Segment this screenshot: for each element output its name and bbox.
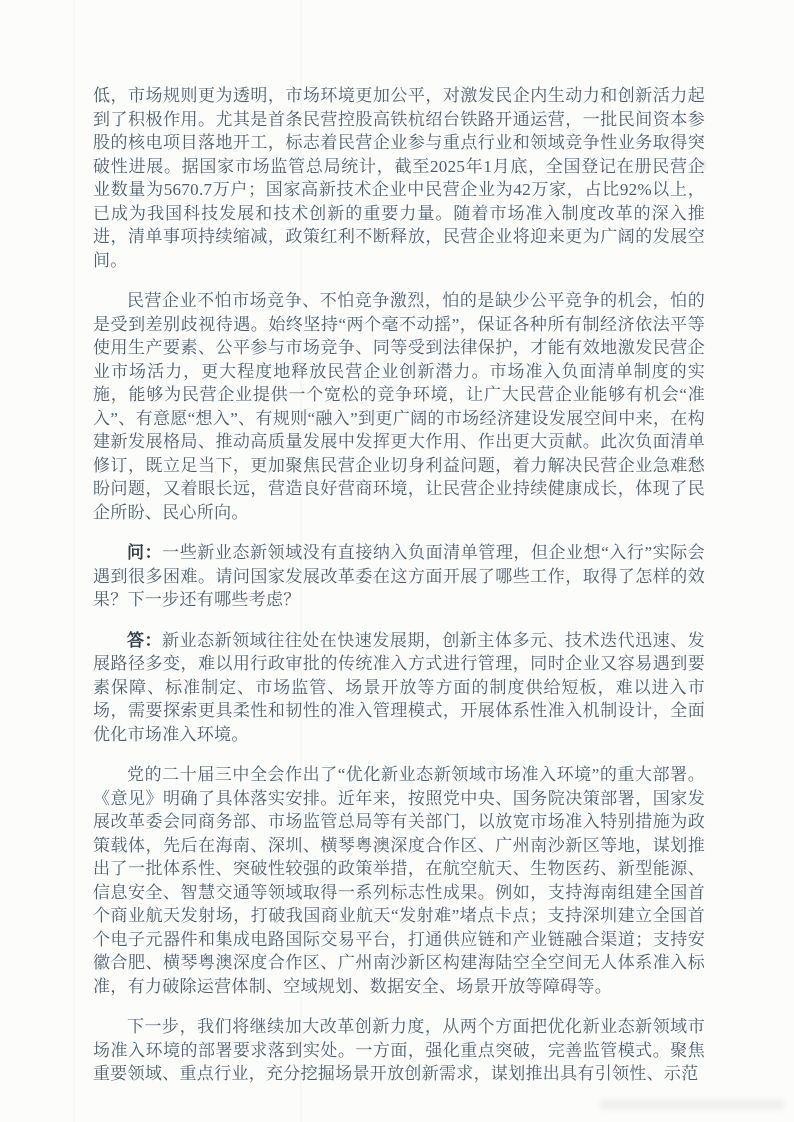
paragraph: 民营企业不怕市场竞争、不怕竞争激烈，怕的是缺少公平竞争的机会，怕的是受到差别歧视… bbox=[93, 289, 705, 524]
paragraph: 党的二十届三中全会作出了“优化新业态新领域市场准入环境”的重大部署。《意见》明确… bbox=[93, 763, 705, 998]
paragraph-text: 民营企业不怕市场竞争、不怕竞争激烈，怕的是缺少公平竞争的机会，怕的是受到差别歧视… bbox=[93, 291, 705, 522]
paragraph-continuation: 低，市场规则更为透明，市场环境更加公平，对激发民企内生动力和创新活力起到了积极作… bbox=[93, 84, 705, 272]
answer-paragraph: 答：新业态新领域往往处在快速发展期，创新主体多元、技术迭代迅速、发展路径多变，难… bbox=[93, 629, 705, 747]
document-text-column: 低，市场规则更为透明，市场环境更加公平，对激发民企内生动力和创新活力起到了积极作… bbox=[93, 84, 705, 1086]
question-paragraph: 问：一些新业态新领域没有直接纳入负面清单管理，但企业想“入行”实际会遇到很多困难… bbox=[93, 541, 705, 612]
paragraph-cutoff-at-page-bottom: 下一步，我们将继续加大改革创新力度，从两个方面把优化新业态新领域市场准入环境的部… bbox=[93, 1015, 705, 1086]
paragraph-text: 低，市场规则更为透明，市场环境更加公平，对激发民企内生动力和创新活力起到了积极作… bbox=[93, 86, 705, 270]
scanned-document-page: 低，市场规则更为透明，市场环境更加公平，对激发民企内生动力和创新活力起到了积极作… bbox=[0, 0, 794, 1122]
paragraph-text: 一些新业态新领域没有直接纳入负面清单管理，但企业想“入行”实际会遇到很多困难。请… bbox=[93, 543, 705, 609]
answer-label: 答： bbox=[127, 631, 162, 650]
paragraph-text: 下一步，我们将继续加大改革创新力度，从两个方面把优化新业态新领域市场准入环境的部… bbox=[93, 1017, 705, 1083]
scan-artifact-smudge bbox=[600, 1100, 785, 1109]
question-label: 问： bbox=[127, 543, 162, 562]
paragraph-text: 新业态新领域往往处在快速发展期，创新主体多元、技术迭代迅速、发展路径多变，难以用… bbox=[93, 631, 705, 744]
paragraph-text: 党的二十届三中全会作出了“优化新业态新领域市场准入环境”的重大部署。《意见》明确… bbox=[93, 765, 705, 996]
scan-artifact-vertical-band bbox=[73, 0, 75, 1122]
